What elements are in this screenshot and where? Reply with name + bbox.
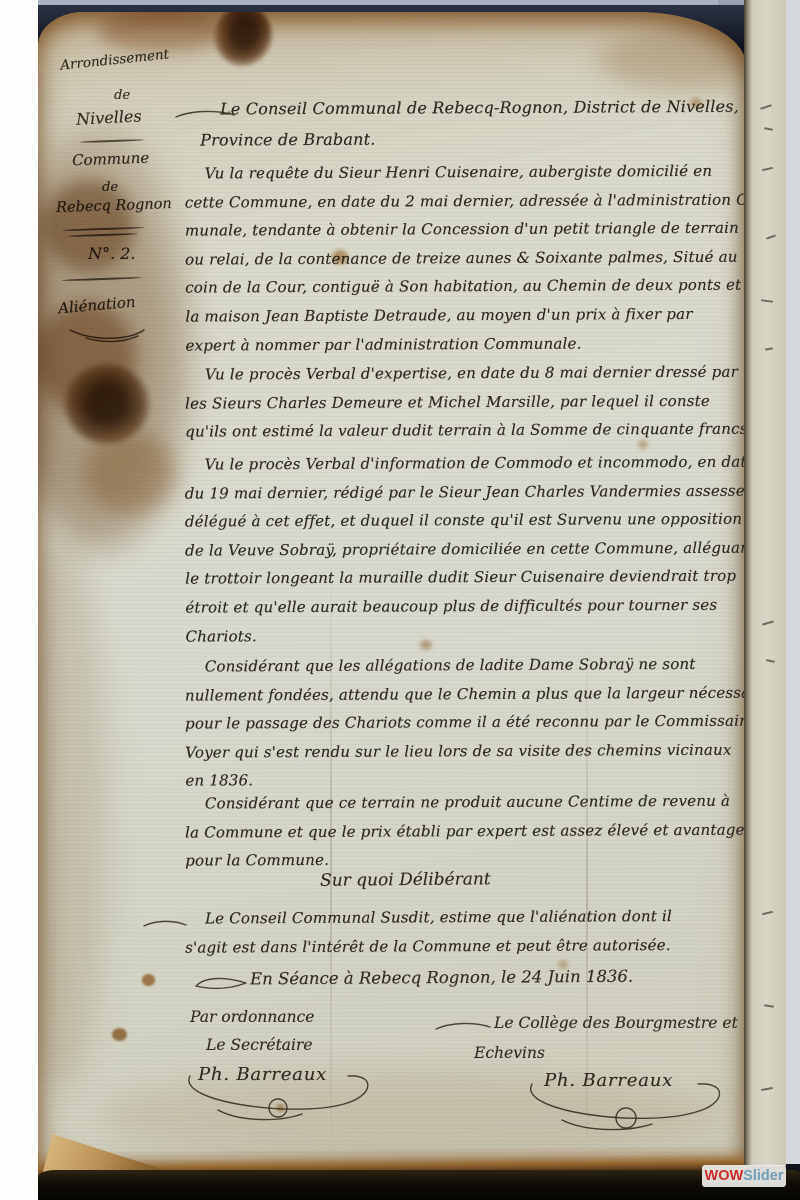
book-bottom-shadow xyxy=(38,1170,800,1200)
manuscript-line: de la Veuve Sobraÿ, propriétaire domicil… xyxy=(185,533,746,565)
margin-note: N°. 2. xyxy=(88,244,135,263)
manuscript-line: les Sieurs Charles Demeure et Michel Mar… xyxy=(185,386,746,418)
manuscript-line: Chariots. xyxy=(185,619,746,651)
margin-note: Aliénation xyxy=(57,293,136,318)
manuscript-line: Le Conseil Communal Susdit, estime que l… xyxy=(185,901,746,933)
session-flourish xyxy=(194,974,248,990)
signature-left-line1: Par ordonnance xyxy=(190,1008,314,1026)
manuscript-line: cette Commune, en date du 2 mai dernier,… xyxy=(185,185,746,217)
watermark-wow-text: WOW xyxy=(705,1168,744,1184)
handwritten-content: Arrondissement de Nivelles Commune de Re… xyxy=(38,12,746,1178)
manuscript-line: Considérant que les allégations de ladit… xyxy=(185,649,746,681)
manuscript-line: pour le passage des Chariots comme il a … xyxy=(185,707,746,739)
paragraph-flourish xyxy=(142,918,188,930)
margin-note: Nivelles xyxy=(76,106,142,128)
manuscript-line: Considérant que ce terrain ne produit au… xyxy=(185,786,746,818)
manuscript-line: la maison Jean Baptiste Detraude, au moy… xyxy=(185,299,746,331)
manuscript-line: munale, tendante à obtenir la Concession… xyxy=(185,214,746,246)
signature-right-flourish xyxy=(516,1062,738,1132)
margin-underline xyxy=(62,227,144,232)
manuscript-line: s'agit est dans l'intérêt de la Commune … xyxy=(185,930,746,962)
manuscript-line: Province de Brabant. xyxy=(200,121,746,155)
manuscript-line: ou relai, de la contenance de treize aun… xyxy=(185,242,746,274)
manuscript-line: délégué à cet effet, et duquel il conste… xyxy=(185,505,746,537)
paragraph-2: Vu le procès Verbal d'expertise, en date… xyxy=(185,357,746,446)
photo-right-margin xyxy=(786,0,800,1164)
manuscript-line: Le Conseil Communal de Rebecq-Rognon, Di… xyxy=(200,90,746,124)
signature-left-line2: Le Secrétaire xyxy=(206,1036,312,1054)
paragraph-4: Considérant que les allégations de ladit… xyxy=(185,649,746,795)
signature-right-flourish-lead xyxy=(434,1020,492,1032)
manuscript-line: Vu le procès Verbal d'expertise, en date… xyxy=(185,357,746,389)
wowslider-watermark-link[interactable]: WOWSlider xyxy=(702,1165,786,1187)
manuscript-line: du 19 mai dernier, rédigé par le Sieur J… xyxy=(185,476,746,508)
manuscript-line: la Commune et que le prix établi par exp… xyxy=(185,815,746,847)
photo-left-margin xyxy=(0,0,38,1200)
document-header: Le Conseil Communal de Rebecq-Rognon, Di… xyxy=(200,90,746,155)
margin-note: Commune xyxy=(72,149,150,170)
manuscript-line: Vu le procès Verbal d'information de Com… xyxy=(184,447,746,479)
margin-underline xyxy=(68,233,138,237)
margin-note: Arrondissement xyxy=(59,46,169,73)
manuscript-line: nullement fondées, attendu que le Chemin… xyxy=(185,678,746,710)
signature-right-line2: Echevins xyxy=(474,1044,545,1062)
margin-note: de xyxy=(102,180,118,195)
margin-note: de xyxy=(114,88,130,103)
signature-left-flourish xyxy=(176,1056,386,1122)
paragraph-5: Considérant que ce terrain ne produit au… xyxy=(185,786,746,875)
margin-underline xyxy=(80,139,144,143)
margin-flourish xyxy=(64,324,148,344)
scanned-manuscript-photo: Arrondissement de Nivelles Commune de Re… xyxy=(0,0,800,1200)
deliberation-heading: Sur quoi Délibérant xyxy=(320,869,491,890)
manuscript-line: expert à nommer par l'administration Com… xyxy=(185,328,746,360)
manuscript-line: étroit et qu'elle aurait beaucoup plus d… xyxy=(185,590,746,622)
margin-underline xyxy=(62,277,142,282)
manuscript-line: Voyer qui s'est rendu sur le lieu lors d… xyxy=(185,735,746,767)
manuscript-line: Vu la requête du Sieur Henri Cuisenaire,… xyxy=(184,156,746,188)
signature-right-line1: Le Collège des Bourgmestre et xyxy=(494,1014,738,1032)
margin-note: Rebecq Rognon xyxy=(56,196,172,216)
manuscript-line: qu'ils ont estimé la valeur dudit terrai… xyxy=(185,415,746,447)
adjacent-page-sliver xyxy=(744,0,786,1166)
watermark-slider-text: Slider xyxy=(743,1168,783,1184)
session-line: En Séance à Rebecq Rognon, le 24 Juin 18… xyxy=(250,967,633,989)
paragraph-1: Vu la requête du Sieur Henri Cuisenaire,… xyxy=(184,156,746,359)
manuscript-line: coin de la Cour, contiguë à Son habitati… xyxy=(185,271,746,303)
manuscript-page: Arrondissement de Nivelles Commune de Re… xyxy=(38,12,746,1178)
manuscript-line: le trottoir longeant la muraille dudit S… xyxy=(185,562,746,594)
paragraph-6: Le Conseil Communal Susdit, estime que l… xyxy=(185,901,746,961)
paragraph-3: Vu le procès Verbal d'information de Com… xyxy=(184,447,746,650)
